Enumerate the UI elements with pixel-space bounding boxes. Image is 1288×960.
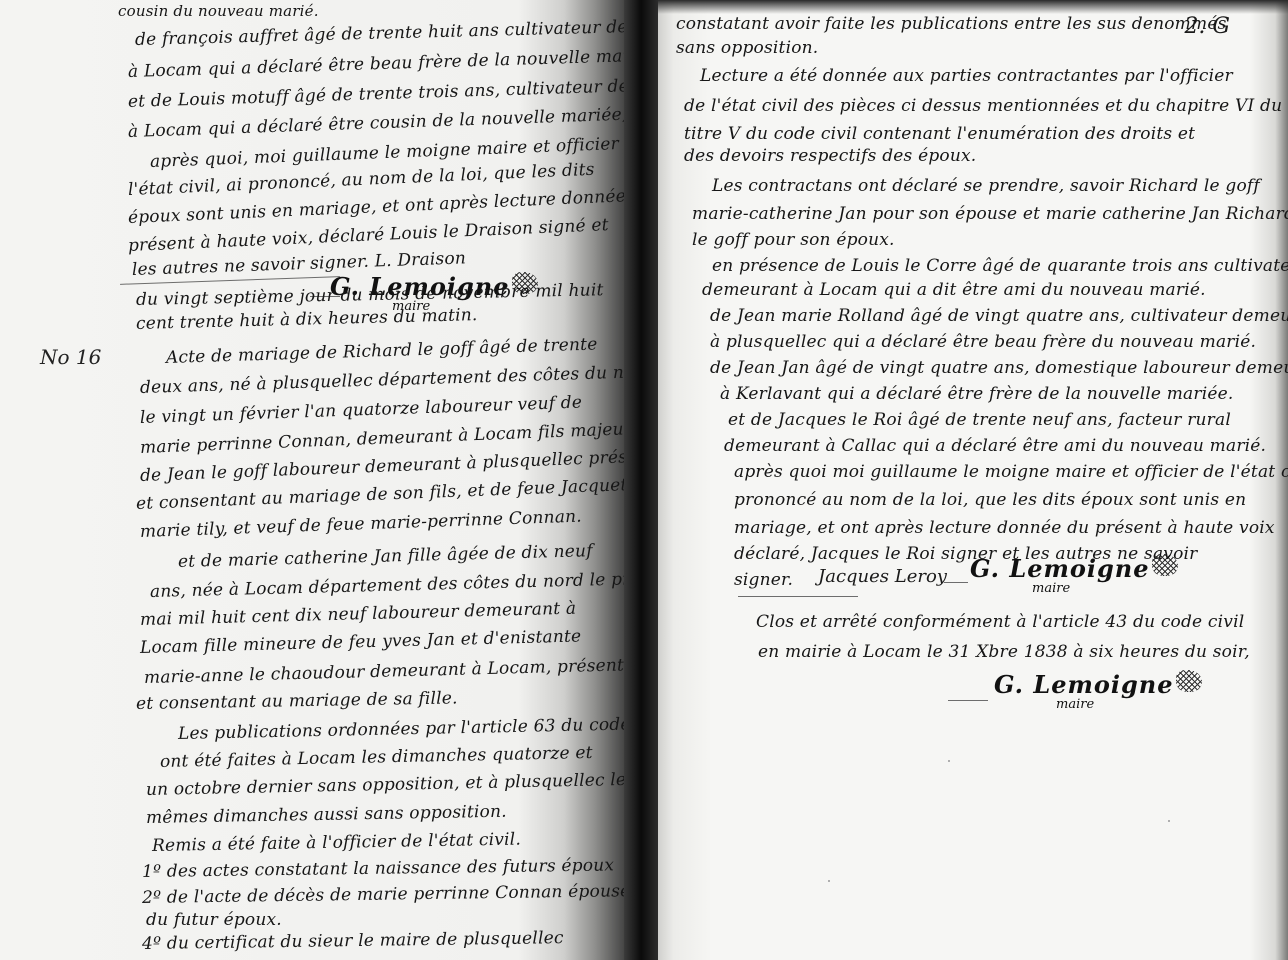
handwritten-line: de l'état civil des pièces ci dessus men… <box>684 96 1282 116</box>
handwritten-line: Lecture a été donnée aux parties contrac… <box>700 66 1233 86</box>
left-page: No 16 cousin du nouveau marié. de franço… <box>0 0 648 960</box>
handwritten-line: ont été faites à Locam les dimanches qua… <box>160 743 593 772</box>
handwritten-line: marie-anne le chaoudour demeurant à Loca… <box>144 655 635 688</box>
handwritten-line: Clos et arrêté conformément à l'article … <box>756 612 1244 632</box>
paper-speck <box>1168 820 1170 822</box>
handwritten-line: Les publications ordonnées par l'article… <box>178 715 631 744</box>
handwritten-line: après quoi moi guillaume le moigne maire… <box>734 462 1288 482</box>
signature-title: maire <box>1056 697 1202 712</box>
handwritten-line: le goff pour son époux. <box>692 230 895 250</box>
handwritten-line: signer. <box>734 570 793 590</box>
handwritten-line: 2º de l'acte de décès de marie perrinne … <box>142 881 631 908</box>
handwritten-line: sans opposition. <box>676 38 818 58</box>
handwritten-line: ans, née à Locam département des côtes d… <box>150 569 635 602</box>
handwritten-line: à Kerlavant qui a déclaré être frère de … <box>720 384 1233 404</box>
handwritten-line: et de marie catherine Jan fille âgée de … <box>178 541 593 572</box>
handwritten-line: Les contractans ont déclaré se prendre, … <box>712 176 1260 196</box>
handwritten-line: Remis a été faite à l'officier de l'état… <box>152 830 521 856</box>
handwritten-line: de Jean marie Rolland âgé de vingt quatr… <box>710 306 1288 326</box>
handwritten-line: mêmes dimanches aussi sans opposition. <box>146 802 507 828</box>
handwritten-line: de Jean Jan âgé de vingt quatre ans, dom… <box>710 358 1288 378</box>
witness-signature: Jacques Leroy <box>818 566 947 587</box>
signature-name: G. Lemoigne <box>994 670 1174 699</box>
handwritten-line: à Locam qui a déclaré être beau frère de… <box>128 45 648 82</box>
signature-name: G. Lemoigne <box>970 554 1150 583</box>
handwritten-line: cousin du nouveau marié. <box>118 2 319 20</box>
handwritten-line: demeurant à Callac qui a déclaré être am… <box>724 436 1266 456</box>
handwritten-line: 1º des actes constatant la naissance des… <box>142 855 614 882</box>
handwritten-line: marie tily, et veuf de feue marie-perrin… <box>140 507 583 542</box>
paper-speck <box>948 760 950 762</box>
handwritten-line: mariage, et ont après lecture donnée du … <box>734 518 1275 538</box>
mayor-closing-signature: G. Lemoigne maire <box>994 670 1202 712</box>
handwritten-line: du futur époux. <box>146 910 282 930</box>
signature-title: maire <box>1032 581 1178 596</box>
handwritten-line: un octobre dernier sans opposition, et à… <box>146 770 636 800</box>
handwritten-line: en présence de Louis le Corre âgé de qua… <box>712 256 1288 276</box>
book-gutter <box>624 0 658 960</box>
handwritten-line: cent trente huit à dix heures du matin. <box>136 305 478 334</box>
handwritten-line: constatant avoir faite les publications … <box>676 14 1227 34</box>
mayor-signature: G. Lemoigne maire <box>970 554 1178 596</box>
entry-number-margin-note: No 16 <box>40 345 101 369</box>
handwritten-line: des devoirs respectifs des époux. <box>684 146 976 166</box>
handwritten-line: et consentant au mariage de sa fille. <box>136 688 458 714</box>
register-spread: No 16 cousin du nouveau marié. de franço… <box>0 0 1288 960</box>
signature-paraph-icon <box>1152 554 1178 576</box>
handwritten-line: en mairie à Locam le 31 Xbre 1838 à six … <box>758 642 1250 662</box>
signature-rule <box>738 596 858 597</box>
signature-rule <box>948 700 988 701</box>
right-page: 2. G constatant avoir faite les publicat… <box>648 0 1288 960</box>
signature-rule <box>944 582 968 583</box>
handwritten-line: prononcé au nom de la loi, que les dits … <box>734 490 1246 510</box>
handwritten-line: demeurant à Locam qui a dit être ami du … <box>702 280 1206 300</box>
handwritten-line: marie-catherine Jan pour son épouse et m… <box>692 204 1288 224</box>
handwritten-line: titre V du code civil contenant l'enumér… <box>684 124 1195 144</box>
handwritten-line: mai mil huit cent dix neuf laboureur dem… <box>140 599 577 630</box>
handwritten-line: Locam fille mineure de feu yves Jan et d… <box>140 626 582 658</box>
handwritten-line: 4º du certificat du sieur le maire de pl… <box>142 928 564 954</box>
handwritten-line: et de Jacques le Roi âgé de trente neuf … <box>728 410 1231 430</box>
handwritten-line: de françois auffret âgé de trente huit a… <box>135 16 648 50</box>
signature-paraph-icon <box>1176 670 1202 692</box>
handwritten-line: à plusquellec qui a déclaré être beau fr… <box>710 332 1256 352</box>
handwritten-line: Acte de mariage de Richard le goff âgé d… <box>166 334 598 368</box>
paper-speck <box>828 880 830 882</box>
